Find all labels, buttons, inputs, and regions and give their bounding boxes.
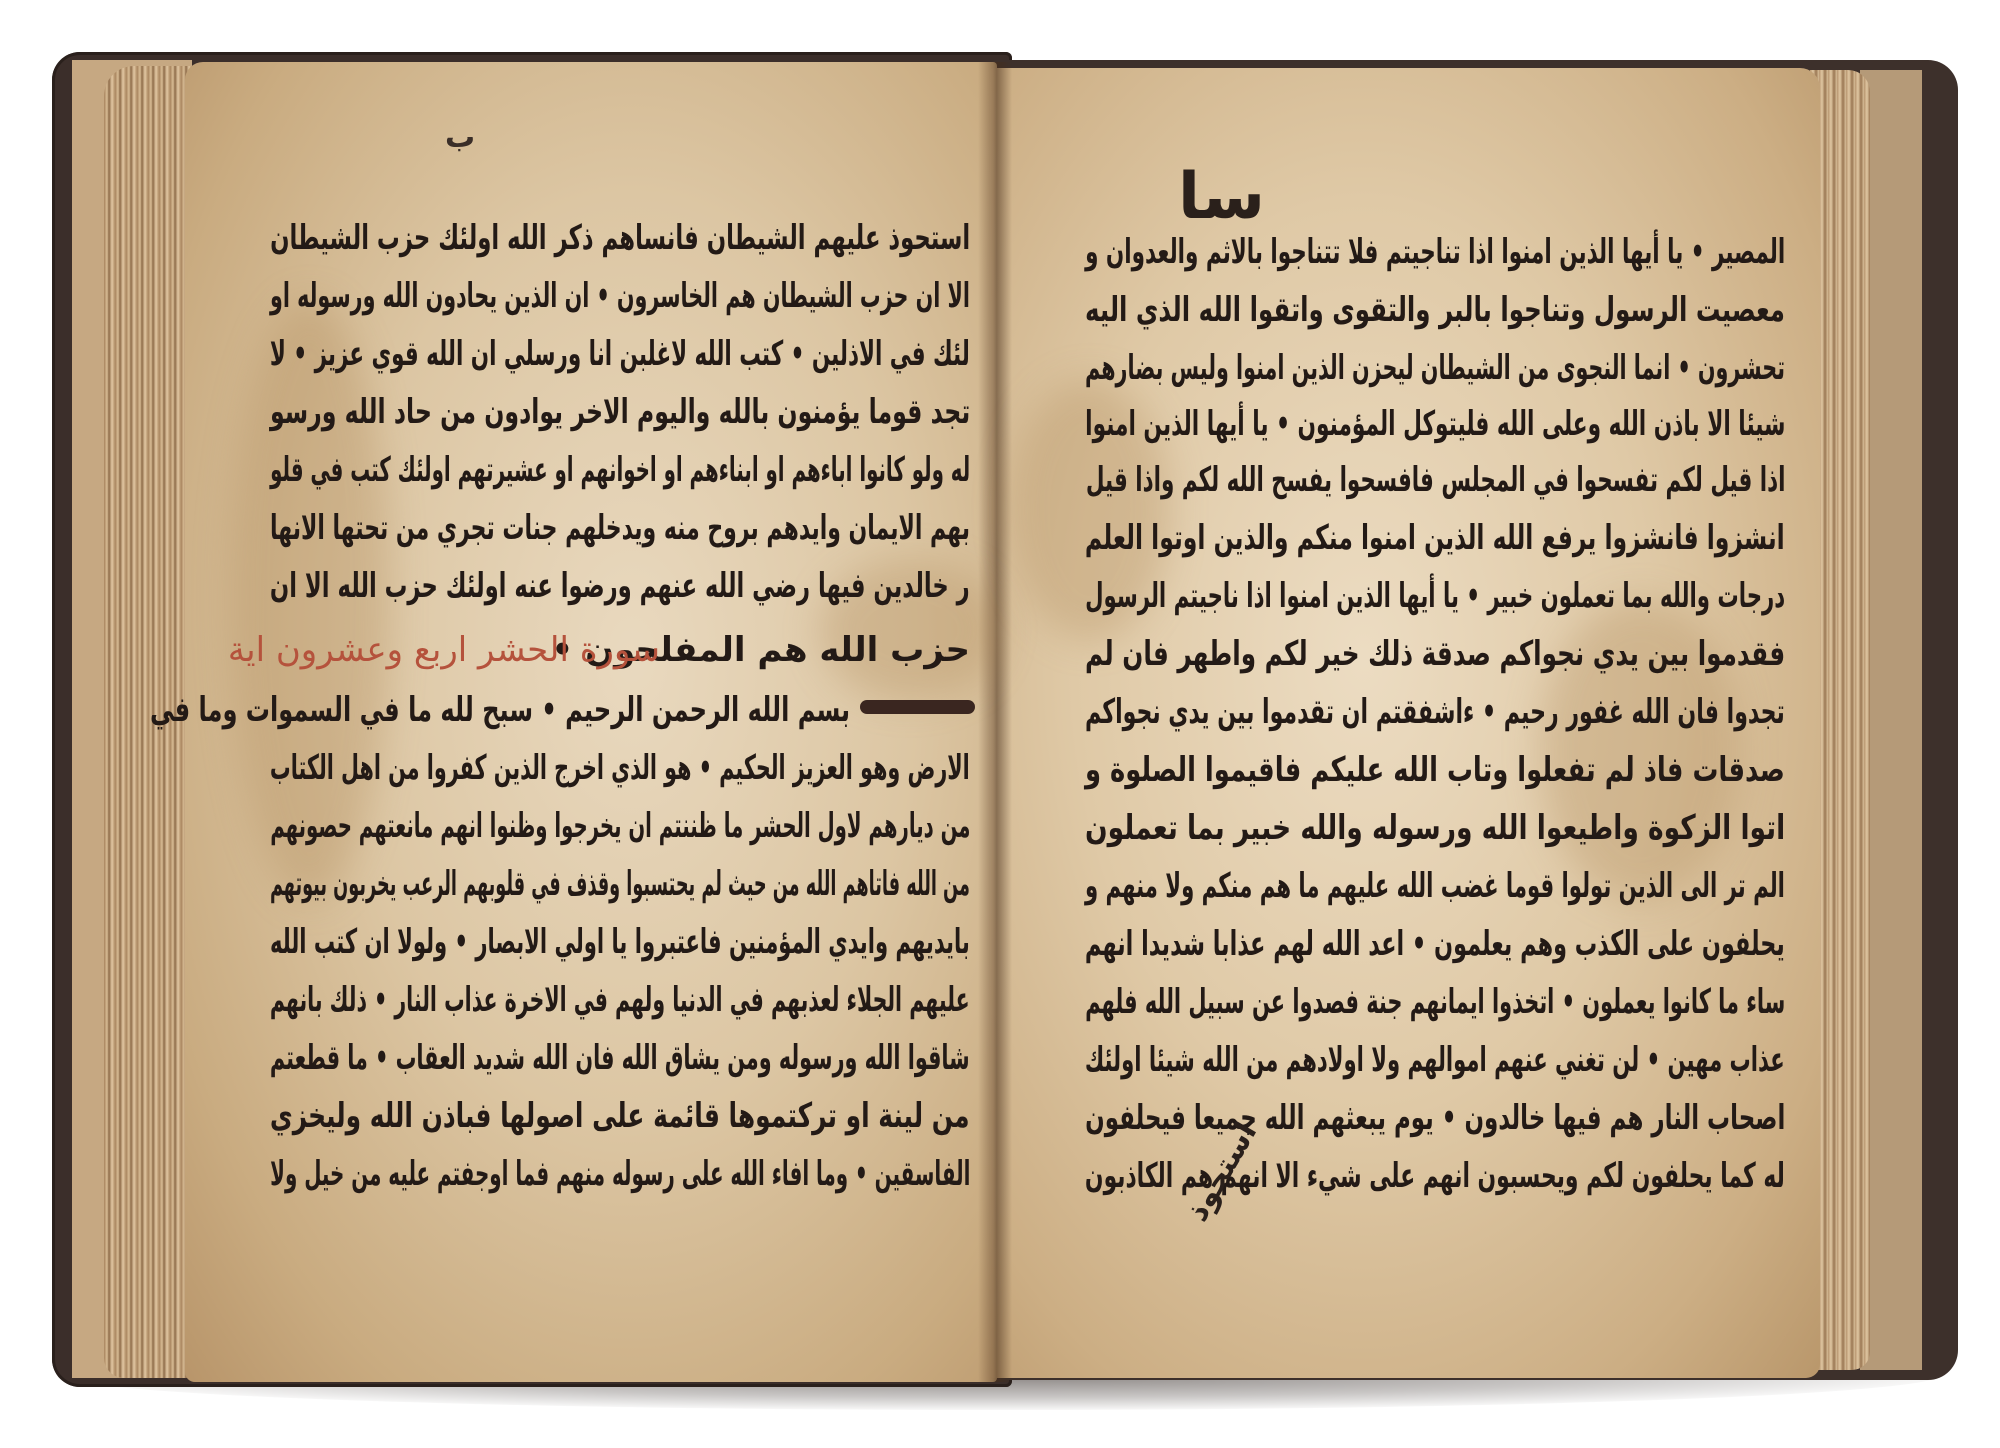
folio-number: سا [1178, 160, 1265, 234]
text-line: فقدموا بين يدي نجواكم صدقة ذلك خير لكم و… [1085, 634, 1785, 674]
text-line: من لينة او تركتموها قائمة على اصولها فبا… [270, 1096, 970, 1136]
text-line: شيئا الا باذن الله وعلى الله فليتوكل الم… [1085, 404, 1785, 444]
text-line: بايديهم وايدي المؤمنين فاعتبروا يا اولي … [270, 922, 970, 962]
text-line: تجد قوما يؤمنون بالله واليوم الاخر يوادو… [270, 392, 970, 432]
text-line: شاقوا الله ورسوله ومن يشاق الله فان الله… [270, 1038, 970, 1078]
text-line: من الله فاتاهم الله من حيث لم يحتسبوا وق… [270, 864, 970, 904]
text-line: بهم الايمان وايدهم بروح منه ويدخلهم جنات… [270, 508, 970, 548]
text-line: عذاب مهين • لن تغني عنهم اموالهم ولا اول… [1085, 1040, 1785, 1080]
text-line: الا ان حزب الشيطان هم الخاسرون • ان الذي… [270, 276, 970, 316]
surah-heading: سورة الحشر اربع وعشرون اية [228, 630, 660, 670]
text-line: استحوذ عليهم الشيطان فانساهم ذكر الله او… [270, 218, 970, 258]
text-line: الم تر الى الذين تولوا قوما غضب الله علي… [1085, 866, 1785, 906]
text-line: الفاسقين • وما افاء الله على رسوله منهم … [270, 1154, 970, 1194]
text-line: لئك في الاذلين • كتب الله لاغلبن انا ورس… [270, 334, 970, 374]
text-line: يحلفون على الكذب وهم يعلمون • اعد الله ل… [1085, 924, 1785, 964]
text-line: الارض وهو العزيز الحكيم • هو الذي اخرج ا… [270, 748, 970, 788]
book-gutter [978, 62, 1012, 1382]
text-line: بسم الله الرحمن الرحيم • سبح لله ما في ا… [150, 690, 850, 730]
text-line: اتوا الزكوة واطيعوا الله ورسوله والله خب… [1085, 808, 1785, 848]
text-line: عليهم الجلاء لعذبهم في الدنيا ولهم في ال… [270, 980, 970, 1020]
text-line: ر خالدين فيها رضي الله عنهم ورضوا عنه او… [270, 566, 970, 606]
text-line: له ولو كانوا اباءهم او ابناءهم او اخوانه… [270, 450, 970, 490]
basmala-bar [860, 700, 975, 714]
text-line: تحشرون • انما النجوى من الشيطان ليحزن ال… [1085, 348, 1785, 388]
text-line: صدقات فاذ لم تفعلوا وتاب الله عليكم فاقي… [1085, 750, 1785, 790]
text-line: ساء ما كانوا يعملون • اتخذوا ايمانهم جنة… [1085, 982, 1785, 1022]
text-line: اصحاب النار هم فيها خالدون • يوم يبعثهم … [1085, 1098, 1785, 1138]
text-line: المصير • يا أيها الذين امنوا اذا تناجيتم… [1085, 232, 1785, 272]
text-line: اذا قيل لكم تفسحوا في المجلس فافسحوا يفس… [1085, 460, 1785, 500]
text-line: انشزوا فانشزوا يرفع الله الذين امنوا منك… [1085, 518, 1785, 558]
text-line: معصيت الرسول وتناجوا بالبر والتقوى واتقو… [1085, 290, 1785, 330]
corner-mark: ب [445, 120, 475, 155]
text-line: من ديارهم لاول الحشر ما ظننتم ان يخرجوا … [270, 806, 970, 846]
text-line: تجدوا فان الله غفور رحيم • ءاشفقتم ان تق… [1085, 692, 1785, 732]
text-line: درجات والله بما تعملون خبير • يا أيها ال… [1085, 576, 1785, 616]
